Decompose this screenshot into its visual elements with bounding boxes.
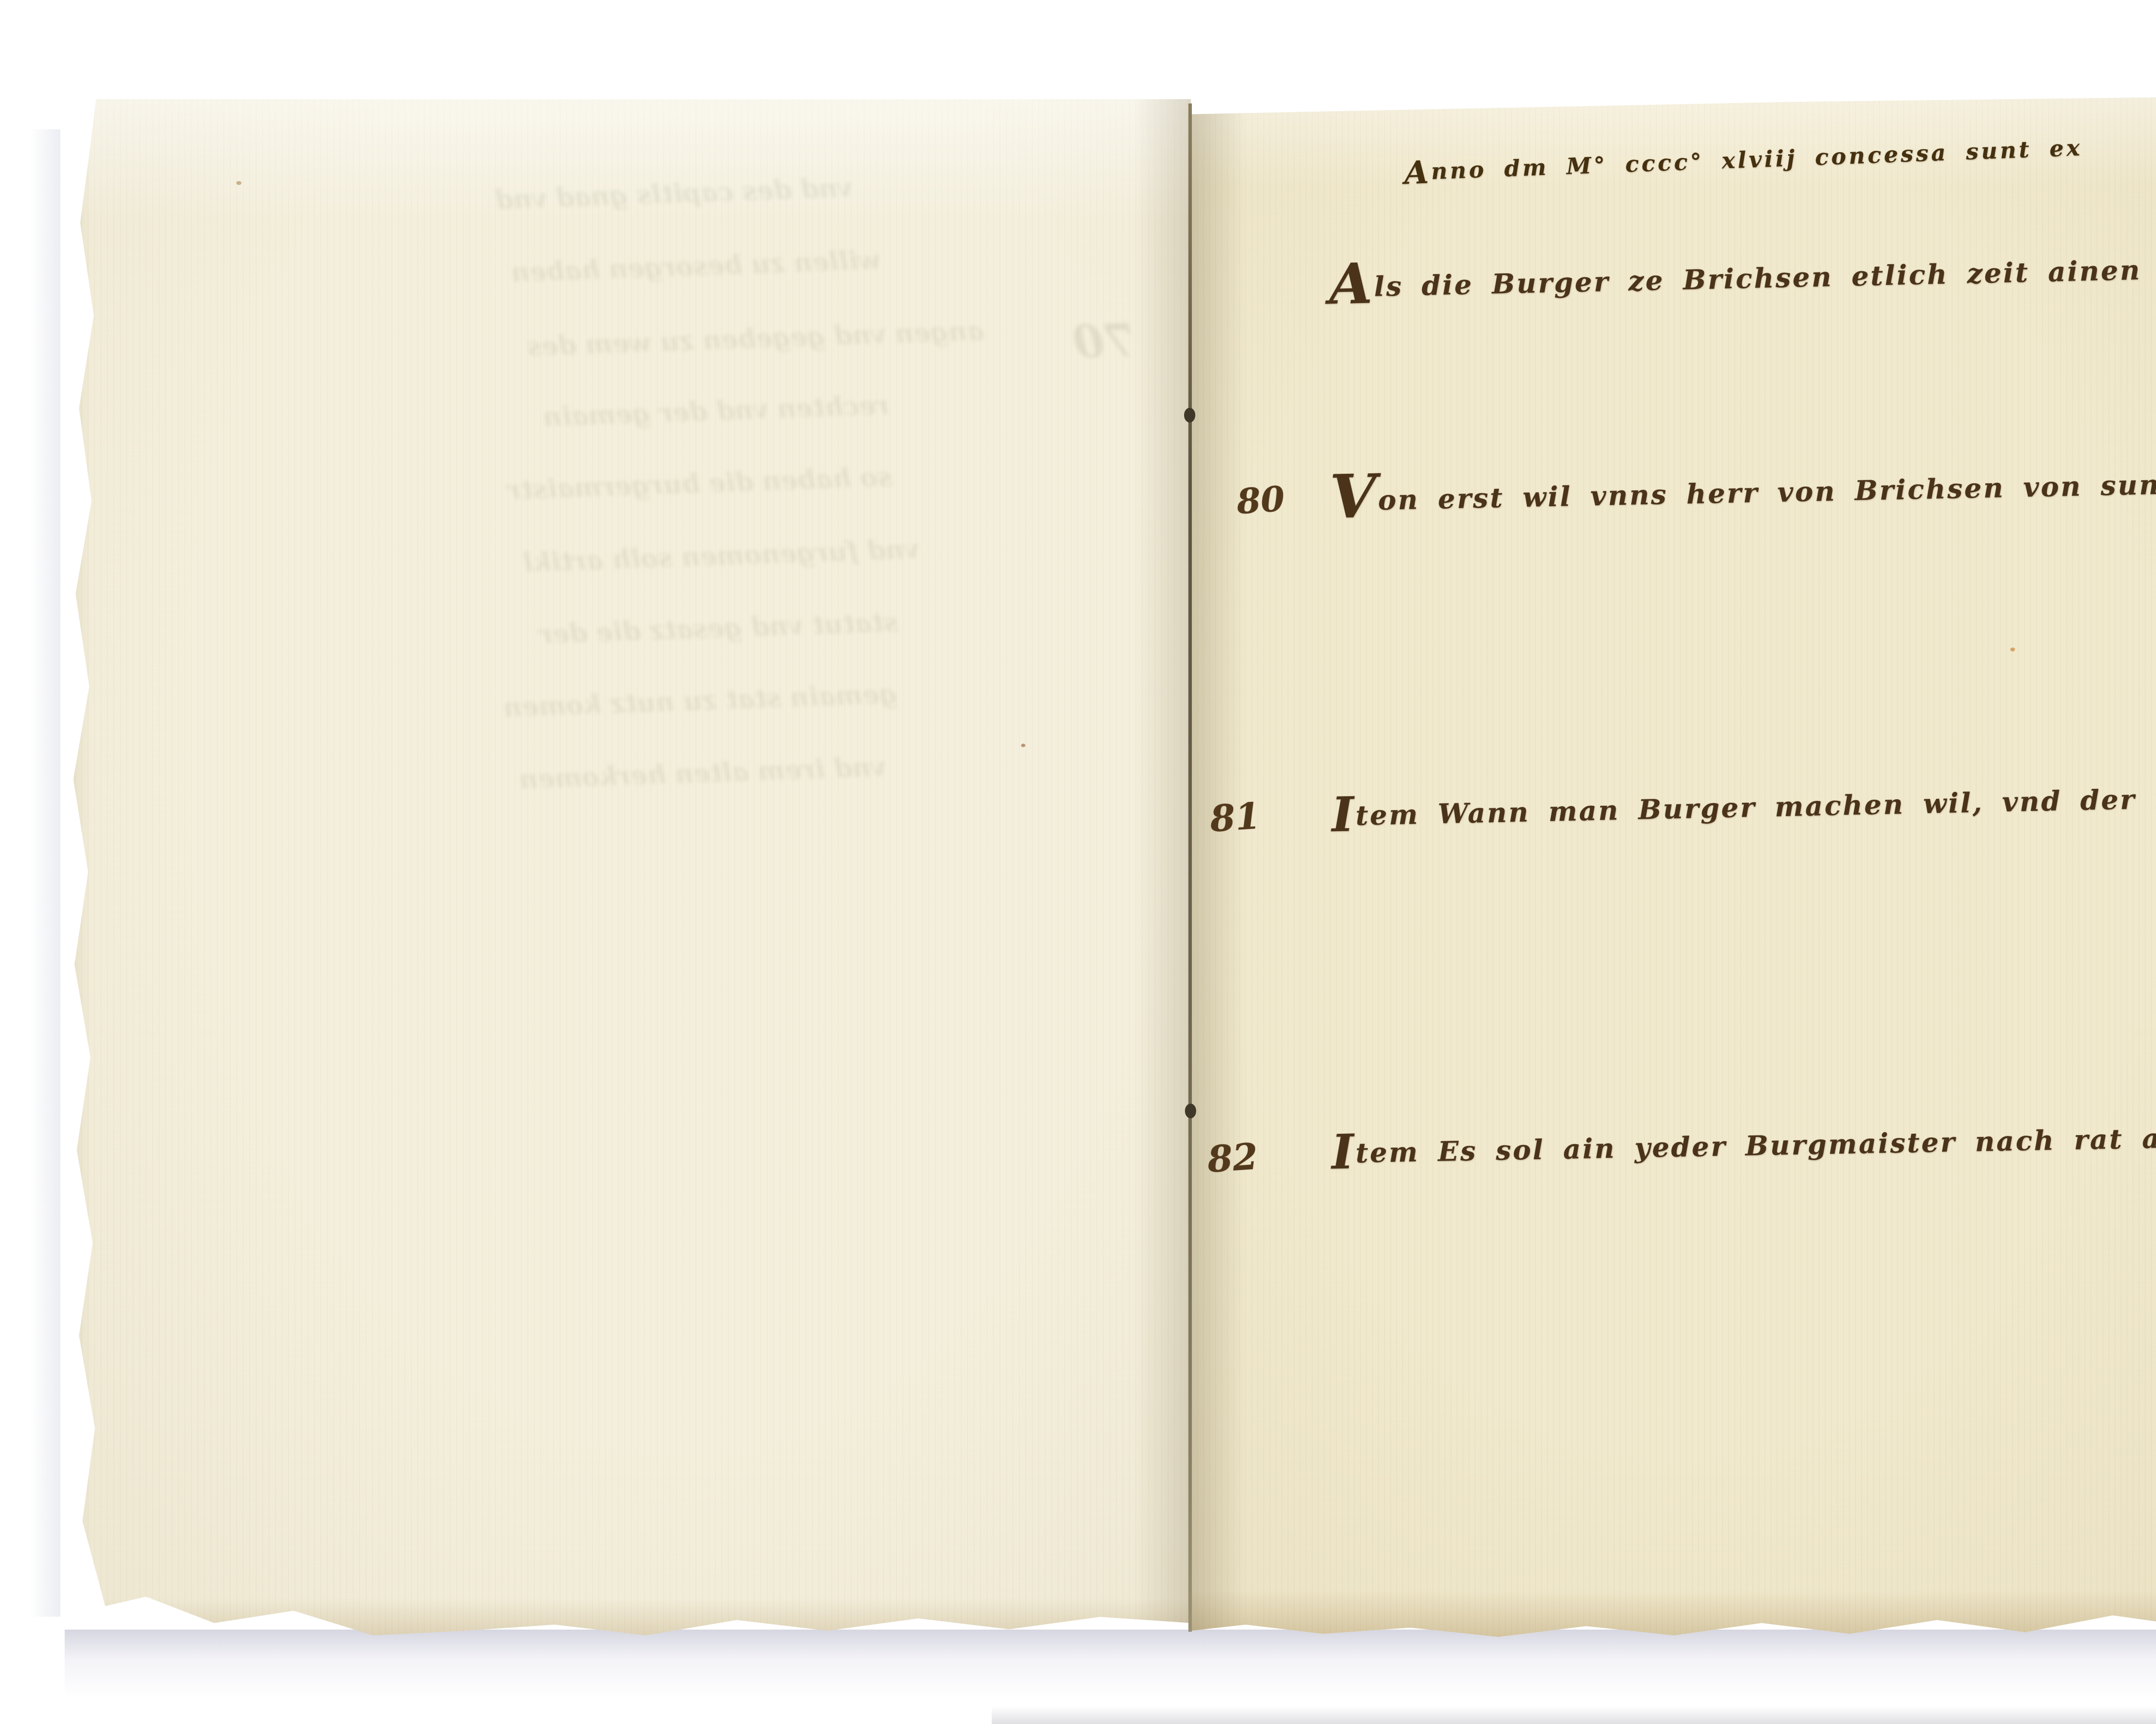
bleedthrough-line: vnd furgenomen solh artikl [523,536,919,576]
fox-spot [1021,744,1025,747]
bleedthrough-line: vnd irem alten herkomen [519,754,886,793]
bleedthrough-folio-number: 70 [1072,318,1136,365]
left-page-outer-shadow [30,129,60,1617]
bleedthrough-line: statut vnd gesatz die der [539,609,898,648]
book-bottom-shadow [65,1630,2156,1699]
manuscript-line: Anno dm M° cccc° xlviij concessa sunt ex [1404,137,2083,184]
paragraph-number: 81 [1209,798,1261,837]
digitized-manuscript-scan: vnd des capitls gnad vndwillen zu besorg… [0,0,2156,1724]
initial-letter: I [1331,1124,1356,1180]
paragraph-number: 82 [1206,1138,1259,1178]
bleedthrough-line: willen zu besorgen haben [511,247,881,286]
bleedthrough-line: gemain stat zu nutz komen [503,681,898,721]
book-gutter [1188,103,1192,1632]
manuscript-right-page: Anno dm M° cccc° xlviij concessa sunt ex… [1191,96,2156,1637]
manuscript-line: Item Wann man Burger machen wil, vnd der… [1332,783,2156,830]
manuscript-line: Item Es sol ain yeder Burgmaister nach r… [1332,1123,2156,1167]
fox-spot [2010,648,2015,651]
bleedthrough-line: vnd des capitls gnad vnd [495,175,853,213]
binding-thread-knot [1185,1104,1196,1118]
manuscript-line: Von erst wil vnns herr von Brichsen von … [1329,463,2156,515]
initial-letter: I [1331,786,1356,843]
initial-letter: V [1329,461,1379,532]
manuscript-line: Als die Burger ze Brichsen etlich zeit a… [1329,251,2141,301]
scan-bottom-band [992,1706,2156,1724]
initial-letter: A [1404,154,1432,191]
initial-letter: A [1329,251,1375,317]
paragraph-number: 80 [1235,481,1286,519]
binding-thread-knot [1184,408,1195,422]
bleedthrough-line: so haben die burgermaistr [507,464,892,503]
manuscript-left-page: vnd des capitls gnad vndwillen zu besorg… [55,99,1191,1645]
bleedthrough-line: rechten vnd der gemain [542,392,890,430]
bleedthrough-line: angen vnd gegeben zu wem des [526,318,984,360]
fox-spot [236,181,241,185]
